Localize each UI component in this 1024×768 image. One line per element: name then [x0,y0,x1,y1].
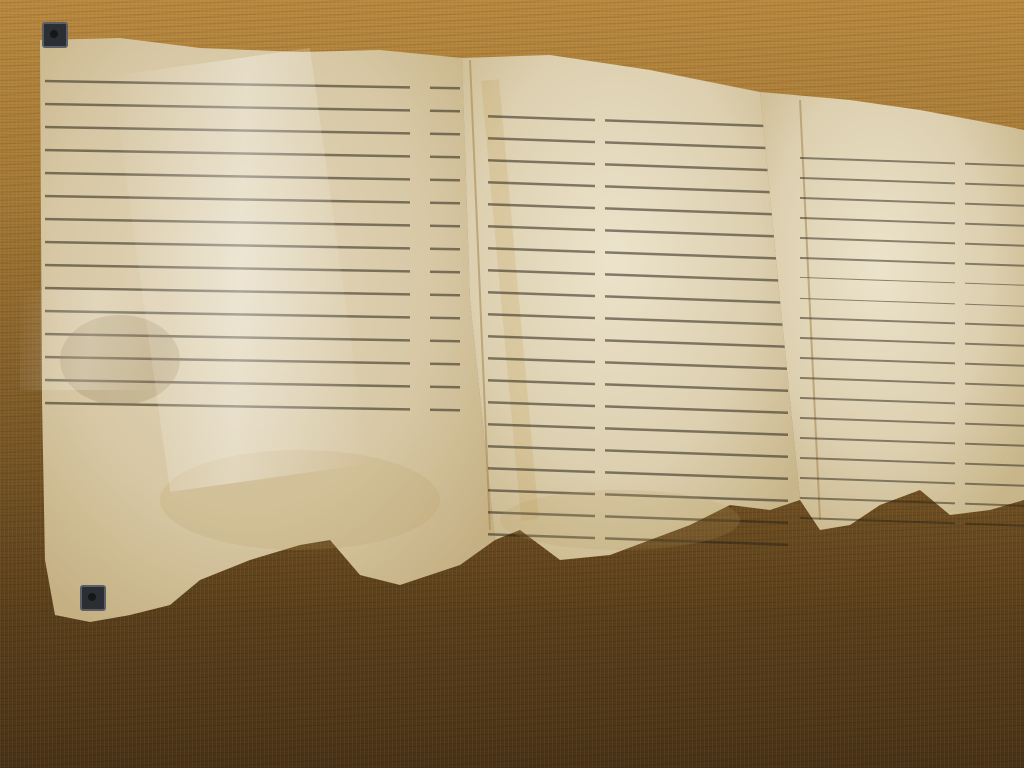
mount-clip-bottom-left [80,585,106,611]
stain [60,315,180,405]
scroll-sheet-3 [760,92,1024,536]
scroll [0,0,1024,768]
scroll-sheet-2 [462,55,800,563]
mount-clip-top-left [42,22,68,48]
